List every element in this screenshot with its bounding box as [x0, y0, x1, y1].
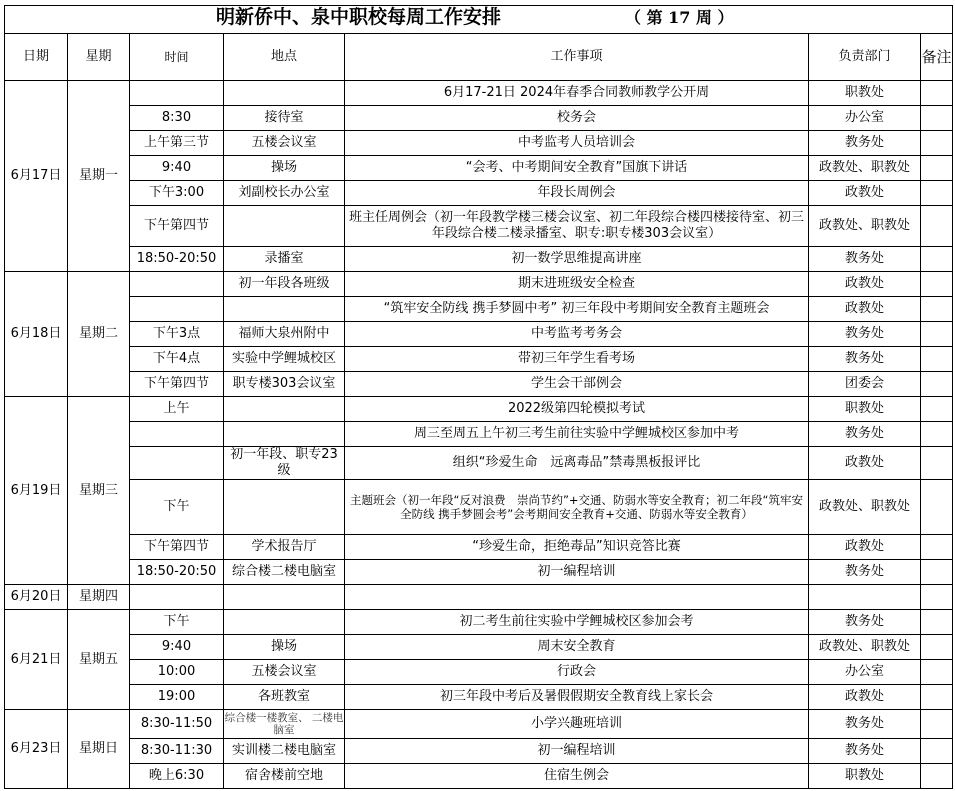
time-cell: 上午第三节	[130, 131, 224, 156]
item-cell: 期末进班级安全检查	[345, 272, 809, 297]
table-row: 下午3点 福师大泉州附中 中考监考考务会 教务处	[5, 322, 953, 347]
place-cell: 职专楼303会议室	[224, 372, 345, 397]
place-cell: 初一年段各班级	[224, 272, 345, 297]
table-row: 8:30-11:30 实训楼二楼电脑室 初一编程培训 教务处	[5, 739, 953, 764]
note-cell	[921, 81, 953, 106]
time-cell: 下午第四节	[130, 372, 224, 397]
note-cell	[921, 535, 953, 560]
place-cell: 五楼会议室	[224, 660, 345, 685]
dept-cell: 教务处	[809, 422, 921, 447]
time-cell: 上午	[130, 397, 224, 422]
time-cell: 下午3:00	[130, 181, 224, 206]
note-cell	[921, 347, 953, 372]
time-cell: 19:00	[130, 685, 224, 710]
weekday-cell: 星期一	[68, 81, 130, 272]
table-row: “筑牢安全防线 携手梦圆中考” 初三年段中考期间安全教育主题班会 政教处	[5, 297, 953, 322]
item-cell: 初一编程培训	[345, 739, 809, 764]
weekday-cell: 星期二	[68, 272, 130, 397]
dept-cell: 政教处、职教处	[809, 480, 921, 535]
note-cell	[921, 272, 953, 297]
table-row: 10:00 五楼会议室 行政会 办公室	[5, 660, 953, 685]
note-cell	[921, 447, 953, 480]
date-cell: 6月18日	[5, 272, 68, 397]
time-cell: 下午	[130, 480, 224, 535]
dept-cell: 政教处	[809, 447, 921, 480]
dept-cell: 政教处	[809, 181, 921, 206]
time-cell: 8:30	[130, 106, 224, 131]
place-cell: 接待室	[224, 106, 345, 131]
time-cell	[130, 447, 224, 480]
date-cell: 6月19日	[5, 397, 68, 585]
time-cell: 下午4点	[130, 347, 224, 372]
dept-cell: 教务处	[809, 247, 921, 272]
item-cell: 组织“珍爱生命 远离毒品”禁毒黑板报评比	[345, 447, 809, 480]
week-number: （ 第 17 周 ）	[625, 10, 734, 26]
date-cell: 6月20日	[5, 585, 68, 610]
table-row: 6月19日 星期三 上午 2022级第四轮模拟考试 职教处	[5, 397, 953, 422]
table-row: 6月20日 星期四	[5, 585, 953, 610]
note-cell	[921, 247, 953, 272]
item-cell: 周末安全教育	[345, 635, 809, 660]
item-cell: “筑牢安全防线 携手梦圆中考” 初三年段中考期间安全教育主题班会	[345, 297, 809, 322]
dept-cell: 教务处	[809, 322, 921, 347]
time-cell: 9:40	[130, 156, 224, 181]
dept-cell: 团委会	[809, 372, 921, 397]
weekly-schedule-table: 明新侨中、泉中职校每周工作安排 （ 第 17 周 ） 日期 星期 时间 地点 工…	[4, 5, 953, 789]
time-cell: 晚上6:30	[130, 764, 224, 789]
item-cell: 初二考生前往实验中学鲤城校区参加会考	[345, 610, 809, 635]
note-cell	[921, 131, 953, 156]
time-cell	[130, 297, 224, 322]
header-weekday: 星期	[68, 34, 130, 81]
note-cell	[921, 480, 953, 535]
dept-cell: 教务处	[809, 131, 921, 156]
dept-cell: 政教处、职教处	[809, 635, 921, 660]
table-row: 9:40 操场 周末安全教育 政教处、职教处	[5, 635, 953, 660]
item-cell: 校务会	[345, 106, 809, 131]
dept-cell: 政教处	[809, 272, 921, 297]
title-row: 明新侨中、泉中职校每周工作安排 （ 第 17 周 ）	[5, 6, 953, 34]
table-row: 19:00 各班教室 初三年段中考后及暑假假期安全教育线上家长会 政教处	[5, 685, 953, 710]
place-cell: 实验中学鲤城校区	[224, 347, 345, 372]
item-cell: 初一数学思维提高讲座	[345, 247, 809, 272]
place-cell: 实训楼二楼电脑室	[224, 739, 345, 764]
table-row: 6月18日 星期二 初一年段各班级 期末进班级安全检查 政教处	[5, 272, 953, 297]
table-row: 下午4点 实验中学鲤城校区 带初三年学生看考场 教务处	[5, 347, 953, 372]
dept-cell: 政教处	[809, 535, 921, 560]
table-row: 下午3:00 刘副校长办公室 年段长周例会 政教处	[5, 181, 953, 206]
time-cell: 18:50-20:50	[130, 560, 224, 585]
dept-cell: 教务处	[809, 739, 921, 764]
item-cell: “会考、中考期间安全教育”国旗下讲话	[345, 156, 809, 181]
place-cell: 各班教室	[224, 685, 345, 710]
note-cell	[921, 322, 953, 347]
time-cell: 10:00	[130, 660, 224, 685]
note-cell	[921, 560, 953, 585]
header-date: 日期	[5, 34, 68, 81]
item-cell: 班主任周例会（初一年段教学楼三楼会议室、初二年段综合楼四楼接待室、初三年段综合楼…	[345, 206, 809, 247]
note-cell	[921, 685, 953, 710]
time-cell: 9:40	[130, 635, 224, 660]
time-cell	[130, 585, 224, 610]
note-cell	[921, 422, 953, 447]
item-cell: 6月17-21日 2024年春季合同教师教学公开周	[345, 81, 809, 106]
item-cell: 带初三年学生看考场	[345, 347, 809, 372]
item-cell: 小学兴趣班培训	[345, 710, 809, 739]
note-cell	[921, 710, 953, 739]
place-cell: 综合楼一楼教室、 二楼电脑室	[224, 710, 345, 739]
note-cell	[921, 610, 953, 635]
header-note: 备注	[921, 34, 953, 81]
time-cell: 下午3点	[130, 322, 224, 347]
place-cell	[224, 480, 345, 535]
place-cell: 刘副校长办公室	[224, 181, 345, 206]
place-cell: 操场	[224, 156, 345, 181]
place-cell: 宿舍楼前空地	[224, 764, 345, 789]
place-cell: 福师大泉州附中	[224, 322, 345, 347]
note-cell	[921, 585, 953, 610]
header-time: 时间	[130, 34, 224, 81]
time-cell	[130, 272, 224, 297]
table-row: 下午第四节 班主任周例会（初一年段教学楼三楼会议室、初二年段综合楼四楼接待室、初…	[5, 206, 953, 247]
item-cell: 周三至周五上午初三考生前往实验中学鲤城校区参加中考	[345, 422, 809, 447]
item-cell: 主题班会（初一年段“反对浪费 崇尚节约”+交通、防弱水等安全教育；初二年段“筑牢…	[345, 480, 809, 535]
place-cell: 学术报告厅	[224, 535, 345, 560]
item-cell: 年段长周例会	[345, 181, 809, 206]
header-dept: 负责部门	[809, 34, 921, 81]
dept-cell: 职教处	[809, 81, 921, 106]
item-cell: 初一编程培训	[345, 560, 809, 585]
dept-cell: 办公室	[809, 660, 921, 685]
table-row: 下午第四节 学术报告厅 “珍爱生命，拒绝毒品”知识竞答比赛 政教处	[5, 535, 953, 560]
weekday-cell: 星期五	[68, 610, 130, 710]
time-cell: 18:50-20:50	[130, 247, 224, 272]
time-cell: 下午第四节	[130, 535, 224, 560]
dept-cell: 办公室	[809, 106, 921, 131]
table-row: 晚上6:30 宿舍楼前空地 住宿生例会 职教处	[5, 764, 953, 789]
weekday-cell: 星期三	[68, 397, 130, 585]
note-cell	[921, 181, 953, 206]
note-cell	[921, 739, 953, 764]
item-cell: 中考监考人员培训会	[345, 131, 809, 156]
note-cell	[921, 635, 953, 660]
time-cell	[130, 422, 224, 447]
note-cell	[921, 372, 953, 397]
table-row: 初一年段、职专23级 组织“珍爱生命 远离毒品”禁毒黑板报评比 政教处	[5, 447, 953, 480]
place-cell: 操场	[224, 635, 345, 660]
dept-cell: 政教处、职教处	[809, 156, 921, 181]
time-cell: 8:30-11:50	[130, 710, 224, 739]
item-cell	[345, 585, 809, 610]
item-cell: 中考监考考务会	[345, 322, 809, 347]
dept-cell: 政教处	[809, 297, 921, 322]
item-cell: 学生会干部例会	[345, 372, 809, 397]
item-cell: 初三年段中考后及暑假假期安全教育线上家长会	[345, 685, 809, 710]
date-cell: 6月17日	[5, 81, 68, 272]
time-cell: 下午第四节	[130, 206, 224, 247]
place-cell	[224, 610, 345, 635]
place-cell: 五楼会议室	[224, 131, 345, 156]
note-cell	[921, 297, 953, 322]
table-row: 下午 主题班会（初一年段“反对浪费 崇尚节约”+交通、防弱水等安全教育；初二年段…	[5, 480, 953, 535]
note-cell	[921, 660, 953, 685]
table-row: 6月23日 星期日 8:30-11:50 综合楼一楼教室、 二楼电脑室 小学兴趣…	[5, 710, 953, 739]
place-cell: 录播室	[224, 247, 345, 272]
time-cell: 8:30-11:30	[130, 739, 224, 764]
time-cell: 下午	[130, 610, 224, 635]
table-row: 8:30 接待室 校务会 办公室	[5, 106, 953, 131]
note-cell	[921, 156, 953, 181]
table-row: 6月21日 星期五 下午 初二考生前往实验中学鲤城校区参加会考 教务处	[5, 610, 953, 635]
dept-cell: 职教处	[809, 764, 921, 789]
note-cell	[921, 397, 953, 422]
table-row: 下午第四节 职专楼303会议室 学生会干部例会 团委会	[5, 372, 953, 397]
table-row: 18:50-20:50 综合楼二楼电脑室 初一编程培训 教务处	[5, 560, 953, 585]
dept-cell: 教务处	[809, 560, 921, 585]
table-row: 18:50-20:50 录播室 初一数学思维提高讲座 教务处	[5, 247, 953, 272]
place-cell	[224, 206, 345, 247]
note-cell	[921, 764, 953, 789]
item-cell: 住宿生例会	[345, 764, 809, 789]
dept-cell: 教务处	[809, 610, 921, 635]
dept-cell: 职教处	[809, 397, 921, 422]
date-cell: 6月23日	[5, 710, 68, 789]
page-title: 明新侨中、泉中职校每周工作安排	[216, 9, 501, 25]
table-row: 上午第三节 五楼会议室 中考监考人员培训会 教务处	[5, 131, 953, 156]
header-row: 日期 星期 时间 地点 工作事项 负责部门 备注	[5, 34, 953, 81]
item-cell: 行政会	[345, 660, 809, 685]
time-cell	[130, 81, 224, 106]
date-cell: 6月21日	[5, 610, 68, 710]
dept-cell: 政教处、职教处	[809, 206, 921, 247]
item-cell: “珍爱生命，拒绝毒品”知识竞答比赛	[345, 535, 809, 560]
place-cell	[224, 397, 345, 422]
weekday-cell: 星期日	[68, 710, 130, 789]
place-cell: 综合楼二楼电脑室	[224, 560, 345, 585]
dept-cell	[809, 585, 921, 610]
note-cell	[921, 206, 953, 247]
table-row: 6月17日 星期一 6月17-21日 2024年春季合同教师教学公开周 职教处	[5, 81, 953, 106]
place-cell	[224, 81, 345, 106]
dept-cell: 政教处	[809, 685, 921, 710]
note-cell	[921, 106, 953, 131]
item-cell: 2022级第四轮模拟考试	[345, 397, 809, 422]
place-cell	[224, 422, 345, 447]
header-place: 地点	[224, 34, 345, 81]
weekday-cell: 星期四	[68, 585, 130, 610]
place-cell	[224, 585, 345, 610]
table-row: 周三至周五上午初三考生前往实验中学鲤城校区参加中考 教务处	[5, 422, 953, 447]
dept-cell: 教务处	[809, 710, 921, 739]
dept-cell: 教务处	[809, 347, 921, 372]
header-item: 工作事项	[345, 34, 809, 81]
table-row: 9:40 操场 “会考、中考期间安全教育”国旗下讲话 政教处、职教处	[5, 156, 953, 181]
place-cell	[224, 297, 345, 322]
place-cell: 初一年段、职专23级	[224, 447, 345, 480]
